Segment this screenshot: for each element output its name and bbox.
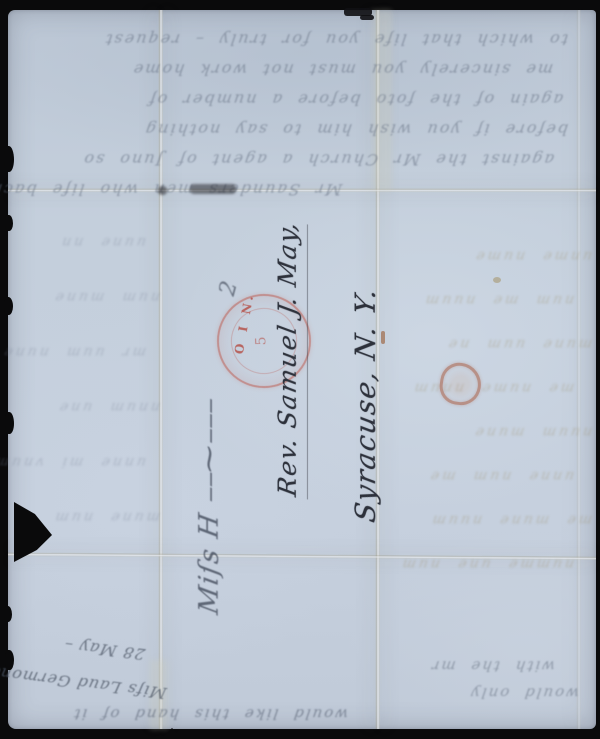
edge-speck <box>5 215 13 231</box>
faint-scribble-row: me mune nuum <box>392 498 596 542</box>
paper-tear-notch-bottom <box>160 728 184 739</box>
faint-scribble-row: nnum une <box>21 379 165 434</box>
address-block: Miſs H ⎯⎯⁓⎯⎯⎯ Rev. Samuel J. May, Syracu… <box>171 212 405 622</box>
faint-scribbles-left-panel: mune num unne mi vnum nnum une mr uum nu… <box>26 214 160 544</box>
red-fleck <box>381 331 385 344</box>
dark-smudge <box>190 184 236 194</box>
faint-scribble-row: mune uum ne <box>392 322 596 366</box>
handwriting-line: with the mr <box>393 652 557 679</box>
handwriting-line: me sincerely you must not work home <box>20 54 555 84</box>
recipient-name: Rev. Samuel J. May, <box>273 218 308 499</box>
faint-scribble-row: unne num me <box>392 454 578 498</box>
handwriting-line: to which that life you for truly – reque… <box>20 24 570 54</box>
docket-note: Mifs Laud Germond 28 May – <box>15 605 175 711</box>
address-attention-line: Miſs H ⎯⎯⁓⎯⎯⎯ <box>171 205 249 621</box>
faint-scribble-row: unne mi vnum <box>21 434 151 489</box>
letter-paper: Mr Saunders men who life back a road aga… <box>8 10 596 729</box>
show-through-writing-bottom-right: would only with the mr <box>395 648 579 706</box>
handwriting-line: before if you wish him to say nothing <box>20 114 570 144</box>
handwriting-line: again of the foto before a number of <box>20 84 565 114</box>
faint-scribble-row: me nume nnum <box>392 366 578 410</box>
edge-speck <box>5 650 14 670</box>
handwriting-line: would like this hand of it <box>54 700 350 728</box>
faint-scribble-row: uune nn <box>21 214 151 269</box>
faint-scribble-row: nuum mune <box>392 410 596 454</box>
faint-scribble-row: unme nume <box>392 234 596 278</box>
dark-smudge <box>158 186 167 195</box>
tan-fleck <box>493 277 501 283</box>
address-recipient-line: Rev. Samuel J. May, <box>249 205 327 503</box>
faint-scribble-row: num me nuum <box>392 278 578 322</box>
show-through-writing-top: Mr Saunders men who life back a road aga… <box>22 22 594 204</box>
edge-speck <box>5 412 14 434</box>
faint-scribbles-right-panel: numme une num me mune nuum unne num me n… <box>396 234 592 586</box>
edge-speck <box>4 146 14 172</box>
scanned-letter-background: Mr Saunders men who life back a road aga… <box>0 0 600 739</box>
handwriting-line: would only <box>393 679 581 706</box>
faint-scribble-row: numme une num <box>392 542 578 586</box>
edge-speck <box>4 606 12 622</box>
show-through-writing-bottom-center: would like this hand of it <box>56 698 348 728</box>
handwriting-line: against the Mr Church a agent of Juno so <box>20 144 556 174</box>
faint-scribble-row: num mune <box>21 269 165 324</box>
edge-speck <box>4 297 13 315</box>
address-city-line: Syracuse, N. Y. <box>327 205 405 529</box>
handwriting-line: Mr Saunders men who life back a road <box>20 174 344 204</box>
faint-scribble-row: mr uum nune <box>21 324 151 379</box>
dark-mark-top-edge <box>360 15 374 20</box>
